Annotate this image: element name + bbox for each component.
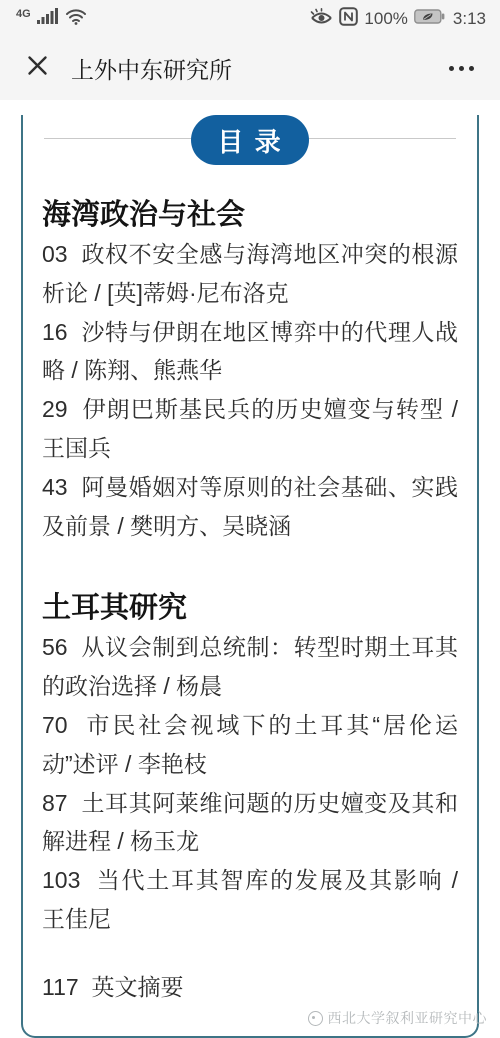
- clock-label: 3:13: [453, 9, 486, 29]
- toc-badge: 目 录: [191, 115, 309, 165]
- close-button[interactable]: [26, 54, 49, 82]
- toc-item-line: 87 土耳其阿莱维问题的历史嬗变及其和: [42, 784, 458, 823]
- watermark-logo-icon: [308, 1011, 323, 1026]
- toc-item: 56 从议会制到总统制：转型时期土耳其的政治选择 / 杨晨: [42, 628, 458, 706]
- toc-item-line: 103 当代土耳其智库的发展及其影响 /: [42, 861, 458, 900]
- watermark-text: 西北大学叙利亚研究中心: [328, 1008, 488, 1028]
- toc-item-line: 29 伊朗巴斯基民兵的历史嬗变与转型 /: [42, 390, 458, 429]
- toc-item: 29 伊朗巴斯基民兵的历史嬗变与转型 /王国兵: [42, 390, 458, 468]
- toc-item-line: 王国兵: [42, 429, 458, 468]
- toc-item-line: 的政治选择 / 杨晨: [42, 667, 458, 706]
- toc-box: 目 录 海湾政治与社会03 政权不安全感与海湾地区冲突的根源析论 / [英]蒂姆…: [21, 115, 479, 1038]
- toc-item-line: 43 阿曼婚姻对等原则的社会基础、实践: [42, 468, 458, 507]
- toc-item-line: 及前景 / 樊明方、吴晓涵: [42, 507, 458, 546]
- toc-item-line: 70 市民社会视域下的土耳其“居伦运: [42, 706, 458, 745]
- battery-icon: [414, 8, 445, 30]
- article-header-bar: 上外中东研究所: [0, 36, 500, 100]
- toc-item-line: 略 / 陈翔、熊燕华: [42, 351, 458, 390]
- toc-item: 03 政权不安全感与海湾地区冲突的根源析论 / [英]蒂姆·尼布洛克: [42, 235, 458, 313]
- watermark: 西北大学叙利亚研究中心: [308, 1008, 488, 1028]
- toc-section: 117 英文摘要: [42, 968, 458, 1007]
- phone-screen: 4G: [0, 0, 500, 1038]
- article-source-title: 上外中东研究所: [71, 52, 232, 85]
- close-icon: [26, 54, 49, 82]
- toc-item: 16 沙特与伊朗在地区博弈中的代理人战略 / 陈翔、熊燕华: [42, 313, 458, 391]
- toc-item: 117 英文摘要: [42, 968, 458, 1007]
- toc-item-line: 王佳尼: [42, 900, 458, 939]
- toc-section: 土耳其研究56 从议会制到总统制：转型时期土耳其的政治选择 / 杨晨70 市民社…: [42, 589, 458, 938]
- toc-item-line: 解进程 / 杨玉龙: [42, 822, 458, 861]
- status-bar: 4G: [0, 0, 500, 36]
- toc-badge-row: 目 录: [42, 115, 458, 165]
- toc-item-line: 析论 / [英]蒂姆·尼布洛克: [42, 274, 458, 313]
- toc-item: 70 市民社会视域下的土耳其“居伦运动”述评 / 李艳枝: [42, 706, 458, 784]
- toc-sections: 海湾政治与社会03 政权不安全感与海湾地区冲突的根源析论 / [英]蒂姆·尼布洛…: [42, 196, 458, 1007]
- toc-item-line: 动”述评 / 李艳枝: [42, 745, 458, 784]
- signal-bars-icon: [37, 8, 59, 30]
- toc-item: 103 当代土耳其智库的发展及其影响 /王佳尼: [42, 861, 458, 939]
- status-bar-left: 4G: [16, 8, 87, 30]
- toc-item-line: 03 政权不安全感与海湾地区冲突的根源: [42, 235, 458, 274]
- section-heading: 土耳其研究: [42, 589, 458, 628]
- status-bar-right: 100% 3:13: [310, 7, 486, 31]
- section-heading: 海湾政治与社会: [42, 196, 458, 235]
- toc-item: 43 阿曼婚姻对等原则的社会基础、实践及前景 / 樊明方、吴晓涵: [42, 468, 458, 546]
- toc-item-line: 117 英文摘要: [42, 968, 458, 1007]
- nfc-icon: [339, 7, 358, 31]
- dot-icon: [459, 66, 464, 71]
- article-content: 目 录 海湾政治与社会03 政权不安全感与海湾地区冲突的根源析论 / [英]蒂姆…: [0, 115, 500, 1038]
- more-options-button[interactable]: [449, 60, 474, 77]
- toc-item-line: 56 从议会制到总统制：转型时期土耳其: [42, 628, 458, 667]
- wifi-icon: [65, 8, 87, 30]
- dot-icon: [449, 66, 454, 71]
- eye-comfort-icon: [310, 8, 333, 30]
- toc-item: 87 土耳其阿莱维问题的历史嬗变及其和解进程 / 杨玉龙: [42, 784, 458, 862]
- network-type-label: 4G: [16, 8, 31, 20]
- toc-section: 海湾政治与社会03 政权不安全感与海湾地区冲突的根源析论 / [英]蒂姆·尼布洛…: [42, 196, 458, 545]
- battery-percent-label: 100%: [364, 9, 407, 29]
- dot-icon: [469, 66, 474, 71]
- toc-item-line: 16 沙特与伊朗在地区博弈中的代理人战: [42, 313, 458, 352]
